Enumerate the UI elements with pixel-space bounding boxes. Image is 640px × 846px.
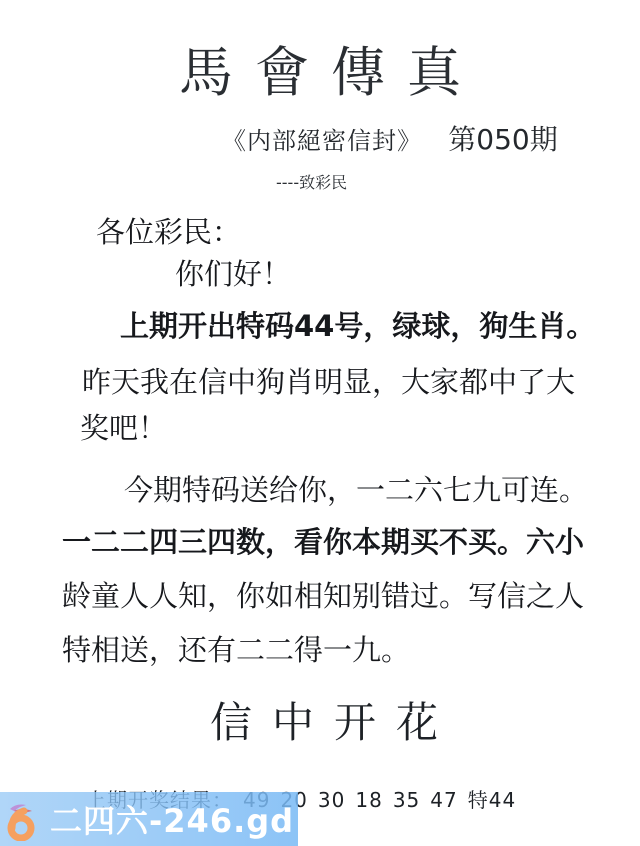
paragraph2-line1: 今期特码送给你，一二六七九可连。 [124, 468, 588, 512]
paragraph2-line4: 特相送，还有二二得一九。 [62, 628, 410, 672]
result-special: 特44 [468, 788, 516, 812]
letter-greeting: 各位彩民： [96, 210, 241, 254]
paragraph1-line3: 奖吧！ [80, 406, 167, 450]
site-watermark: 二四六-246.gd [0, 792, 298, 846]
issue-number: 第050期 [448, 123, 557, 156]
paragraph1-line2: 昨天我在信中狗肖明显，大家都中了大 [82, 360, 575, 404]
result-number: 30 [318, 788, 345, 812]
paragraph2-line2: 一二二四三四数，看你本期买不买。六小 [62, 520, 584, 564]
paragraph2-line3: 龄童人人知，你如相知别错过。写信之人 [62, 574, 584, 618]
page-title: 馬會傳真 [0, 30, 640, 107]
paragraph1-line1: 上期开出特码44号，绿球，狗生肖。 [120, 304, 595, 348]
slogan: 信中开花 [210, 690, 458, 750]
result-number: 18 [355, 788, 382, 812]
recipient-line: ----致彩民 [276, 170, 347, 193]
letter-hello: 你们好！ [175, 252, 291, 296]
envelope-label: 《内部絕密信封》 [222, 127, 422, 155]
result-number: 47 [430, 788, 457, 812]
subtitle: 《内部絕密信封》 第050期 [222, 118, 558, 158]
six-logo-icon [4, 801, 40, 837]
result-number: 35 [393, 788, 420, 812]
watermark-text: 二四六-246.gd [50, 796, 294, 842]
